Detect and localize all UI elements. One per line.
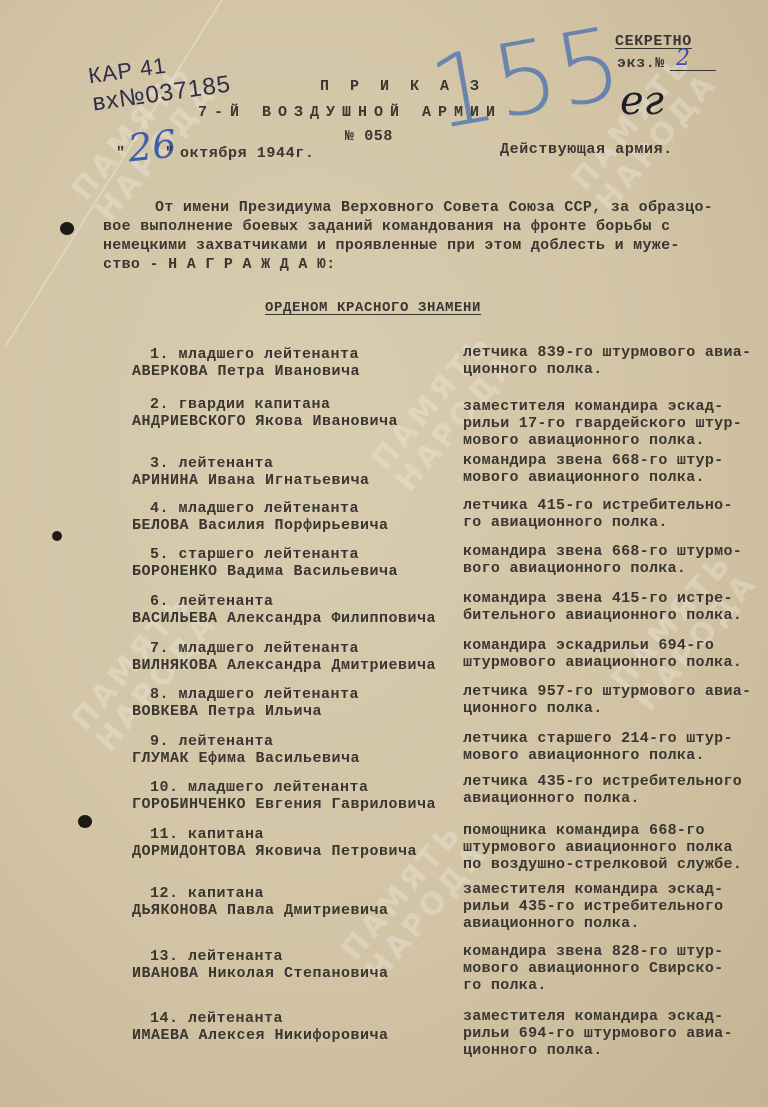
awardee-name: АРИНИНА Ивана Игнатьевича: [132, 472, 450, 489]
awardee-position-line: летчика старшего 214-го штур-: [463, 730, 768, 747]
awardee-position-line: командира звена 415-го истре-: [463, 590, 768, 607]
awardee-position: летчика 957-го штурмового авиа-ционного …: [463, 683, 768, 717]
awardee-position-line: летчика 957-го штурмового авиа-: [463, 683, 768, 700]
awardee-position-line: штурмового авиационного полка.: [463, 654, 768, 671]
punch-hole: [60, 222, 74, 235]
awardee-number: 10.: [150, 779, 179, 796]
awardee-entry: 6. лейтенантаВАСИЛЬЕВА Александра Филипп…: [140, 593, 450, 627]
awardee-position-line: командира звена 668-го штур-: [463, 452, 768, 469]
awardee-position-line: мового авиационного полка.: [463, 747, 768, 764]
awardee-number: 6.: [150, 593, 169, 610]
awardee-rank-text: старшего лейтенанта: [179, 546, 360, 563]
awardee-position-line: мового авиационного полка.: [463, 432, 768, 449]
awardee-number: 8.: [150, 686, 169, 703]
awardee-entry: 4. младшего лейтенантаБЕЛОВА Василия Пор…: [140, 500, 450, 534]
awardee-rank-text: младшего лейтенанта: [188, 779, 369, 796]
awardee-entry: 12. капитанаДЬЯКОНОВА Павла Дмитриевича: [140, 885, 450, 919]
awardee-position: заместителя командира эскад-рильи 435-го…: [463, 881, 768, 932]
awardee-name: ВОВКЕВА Петра Ильича: [132, 703, 450, 720]
awardee-position-line: вого авиационного полка.: [463, 560, 768, 577]
awardee-number: 4.: [150, 500, 169, 517]
preamble-line: вое выполнение боевых заданий командован…: [103, 217, 753, 236]
awardee-rank-text: младшего лейтенанта: [179, 346, 360, 363]
order-date: октября 1944г.: [180, 145, 314, 162]
awardee-position: командира звена 828-го штур-мового авиац…: [463, 943, 768, 994]
awardee-position-line: авиационного полка.: [463, 790, 768, 807]
awardee-position: командира эскадрильи 694-гоштурмового ав…: [463, 637, 768, 671]
awardee-name: ДЬЯКОНОВА Павла Дмитриевича: [132, 902, 450, 919]
awardee-number: 5.: [150, 546, 169, 563]
preamble-line: немецкими захватчиками и проявленные при…: [103, 236, 753, 255]
awardee-rank-text: гвардии капитана: [179, 396, 331, 413]
awardee-name: ДОРМИДОНТОВА Яковича Петровича: [132, 843, 450, 860]
awardee-position-line: рильи 694-го штурмового авиа-: [463, 1025, 768, 1042]
awardee-name: ГОРОБИНЧЕНКО Евгения Гавриловича: [132, 796, 450, 813]
date-quote-open: ": [116, 145, 126, 162]
awardee-position-line: летчика 839-го штурмового авиа-: [463, 344, 768, 361]
awardee-position-line: по воздушно-стрелковой службе.: [463, 856, 768, 873]
copy-number: 2: [676, 46, 690, 71]
awardee-position: командира звена 668-го штур-мового авиац…: [463, 452, 768, 486]
awardee-position-line: летчика 415-го истребительно-: [463, 497, 768, 514]
preamble-line: От имени Президиума Верховного Совета Со…: [103, 198, 753, 217]
awardee-rank: 13. лейтенанта: [140, 948, 450, 965]
awardee-position-line: заместителя командира эскад-: [463, 398, 768, 415]
punch-hole: [52, 531, 62, 541]
awardee-entry: 5. старшего лейтенантаБОРОНЕНКО Вадима В…: [140, 546, 450, 580]
preamble-line: ство - Н А Г Р А Ж Д А Ю:: [103, 255, 753, 274]
awardee-position: командира звена 668-го штурмо-вого авиац…: [463, 543, 768, 577]
awardee-number: 2.: [150, 396, 169, 413]
awardee-position: заместителя командира эскад-рильи 17-го …: [463, 398, 768, 449]
preamble: От имени Президиума Верховного Совета Со…: [103, 198, 753, 274]
awardee-entry: 7. младшего лейтенантаВИЛНЯКОВА Александ…: [140, 640, 450, 674]
awardee-entry: 9. лейтенантаГЛУМАК Ефима Васильевича: [140, 733, 450, 767]
award-title: ОРДЕНОМ КРАСНОГО ЗНАМЕНИ: [265, 300, 481, 316]
awardee-rank-text: младшего лейтенанта: [179, 686, 360, 703]
awardee-position: командира звена 415-го истре-бительного …: [463, 590, 768, 624]
awardee-entry: 8. младшего лейтенантаВОВКЕВА Петра Ильи…: [140, 686, 450, 720]
awardee-number: 11.: [150, 826, 179, 843]
awardee-number: 12.: [150, 885, 179, 902]
awardee-position-line: го полка.: [463, 977, 768, 994]
awardee-name: ИМАЕВА Алексея Никифоровича: [132, 1027, 450, 1044]
awardee-position: летчика 435-го истребительногоавиационно…: [463, 773, 768, 807]
awardee-rank: 5. старшего лейтенанта: [140, 546, 450, 563]
awardee-position-line: бительного авиационного полка.: [463, 607, 768, 624]
awardee-number: 9.: [150, 733, 169, 750]
awardee-entry: 1. младшего лейтенантаАВЕРКОВА Петра Ива…: [140, 346, 450, 380]
awardee-position-line: рильи 17-го гвардейского штур-: [463, 415, 768, 432]
awardee-entry: 13. лейтенантаИВАНОВА Николая Степанович…: [140, 948, 450, 982]
awardee-name: БЕЛОВА Василия Порфирьевича: [132, 517, 450, 534]
awardee-number: 1.: [150, 346, 169, 363]
awardee-position-line: мового авиационного Свирско-: [463, 960, 768, 977]
awardee-position-line: заместителя командира эскад-: [463, 881, 768, 898]
awardee-position-line: го авиационного полка.: [463, 514, 768, 531]
awardee-position-line: мового авиационного полка.: [463, 469, 768, 486]
awardee-position-line: командира звена 668-го штурмо-: [463, 543, 768, 560]
awardee-position: летчика 415-го истребительно-го авиацион…: [463, 497, 768, 531]
handwritten-page-number: 155: [421, 4, 629, 152]
awardee-rank: 10. младшего лейтенанта: [140, 779, 450, 796]
awardee-number: 13.: [150, 948, 179, 965]
document-page: ПАМЯТЬНАРОДА ПАМЯТЬНАРОДА ПАМЯТЬНАРОДА П…: [0, 0, 768, 1107]
awardee-entry: 10. младшего лейтенантаГОРОБИНЧЕНКО Евге…: [140, 779, 450, 813]
awardee-rank-text: лейтенанта: [179, 733, 274, 750]
awardee-position-line: командира звена 828-го штур-: [463, 943, 768, 960]
awardee-rank: 1. младшего лейтенанта: [140, 346, 450, 363]
awardee-number: 3.: [150, 455, 169, 472]
awardee-position: заместителя командира эскад-рильи 694-го…: [463, 1008, 768, 1059]
awardee-entry: 14. лейтенантаИМАЕВА Алексея Никифорович…: [140, 1010, 450, 1044]
awardee-name: ВИЛНЯКОВА Александра Дмитриевича: [132, 657, 450, 674]
awardee-name: ВАСИЛЬЕВА Александра Филипповича: [132, 610, 450, 627]
awardee-position-line: помощника командира 668-го: [463, 822, 768, 839]
awardee-position-line: ционного полка.: [463, 1042, 768, 1059]
awardee-rank-text: младшего лейтенанта: [179, 640, 360, 657]
date-quote-close: ": [165, 145, 175, 162]
awardee-number: 7.: [150, 640, 169, 657]
awardee-rank-text: младшего лейтенанта: [179, 500, 360, 517]
awardee-entry: 11. капитанаДОРМИДОНТОВА Яковича Петрови…: [140, 826, 450, 860]
awardee-position: помощника командира 668-гоштурмового ави…: [463, 822, 768, 873]
awardee-rank-text: лейтенанта: [188, 948, 283, 965]
punch-hole: [78, 815, 92, 828]
awardee-number: 14.: [150, 1010, 179, 1027]
awardee-rank: 7. младшего лейтенанта: [140, 640, 450, 657]
awardee-name: ГЛУМАК Ефима Васильевича: [132, 750, 450, 767]
order-location: Действующая армия.: [500, 141, 673, 158]
awardee-rank-text: капитана: [188, 885, 264, 902]
awardee-rank: 8. младшего лейтенанта: [140, 686, 450, 703]
awardee-rank-text: лейтенанта: [188, 1010, 283, 1027]
awardee-name: АНДРИЕВСКОГО Якова Ивановича: [132, 413, 450, 430]
awardee-rank-text: капитана: [188, 826, 264, 843]
awardee-rank: 11. капитана: [140, 826, 450, 843]
copy-label: экз.№: [617, 55, 665, 72]
awardee-position-line: заместителя командира эскад-: [463, 1008, 768, 1025]
awardee-rank: 3. лейтенанта: [140, 455, 450, 472]
order-number: № 058: [345, 128, 393, 145]
awardee-position-line: ционного полка.: [463, 700, 768, 717]
awardee-rank: 2. гвардии капитана: [140, 396, 450, 413]
awardee-entry: 3. лейтенантаАРИНИНА Ивана Игнатьевича: [140, 455, 450, 489]
awardee-position-line: командира эскадрильи 694-го: [463, 637, 768, 654]
awardee-rank: 6. лейтенанта: [140, 593, 450, 610]
awardee-position: летчика старшего 214-го штур-мового авиа…: [463, 730, 768, 764]
awardee-rank-text: лейтенанта: [179, 593, 274, 610]
awardee-position-line: ционного полка.: [463, 361, 768, 378]
awardee-name: АВЕРКОВА Петра Ивановича: [132, 363, 450, 380]
awardee-position-line: штурмового авиационного полка: [463, 839, 768, 856]
awardee-position-line: рильи 435-го истребительного: [463, 898, 768, 915]
awardee-name: БОРОНЕНКО Вадима Васильевича: [132, 563, 450, 580]
awardee-rank: 9. лейтенанта: [140, 733, 450, 750]
awardee-position-line: авиационного полка.: [463, 915, 768, 932]
awardee-name: ИВАНОВА Николая Степановича: [132, 965, 450, 982]
awardee-rank: 14. лейтенанта: [140, 1010, 450, 1027]
awardee-entry: 2. гвардии капитанаАНДРИЕВСКОГО Якова Ив…: [140, 396, 450, 430]
awardee-position: летчика 839-го штурмового авиа-ционного …: [463, 344, 768, 378]
awardee-position-line: летчика 435-го истребительного: [463, 773, 768, 790]
awardee-rank: 12. капитана: [140, 885, 450, 902]
awardee-rank: 4. младшего лейтенанта: [140, 500, 450, 517]
awardee-rank-text: лейтенанта: [179, 455, 274, 472]
